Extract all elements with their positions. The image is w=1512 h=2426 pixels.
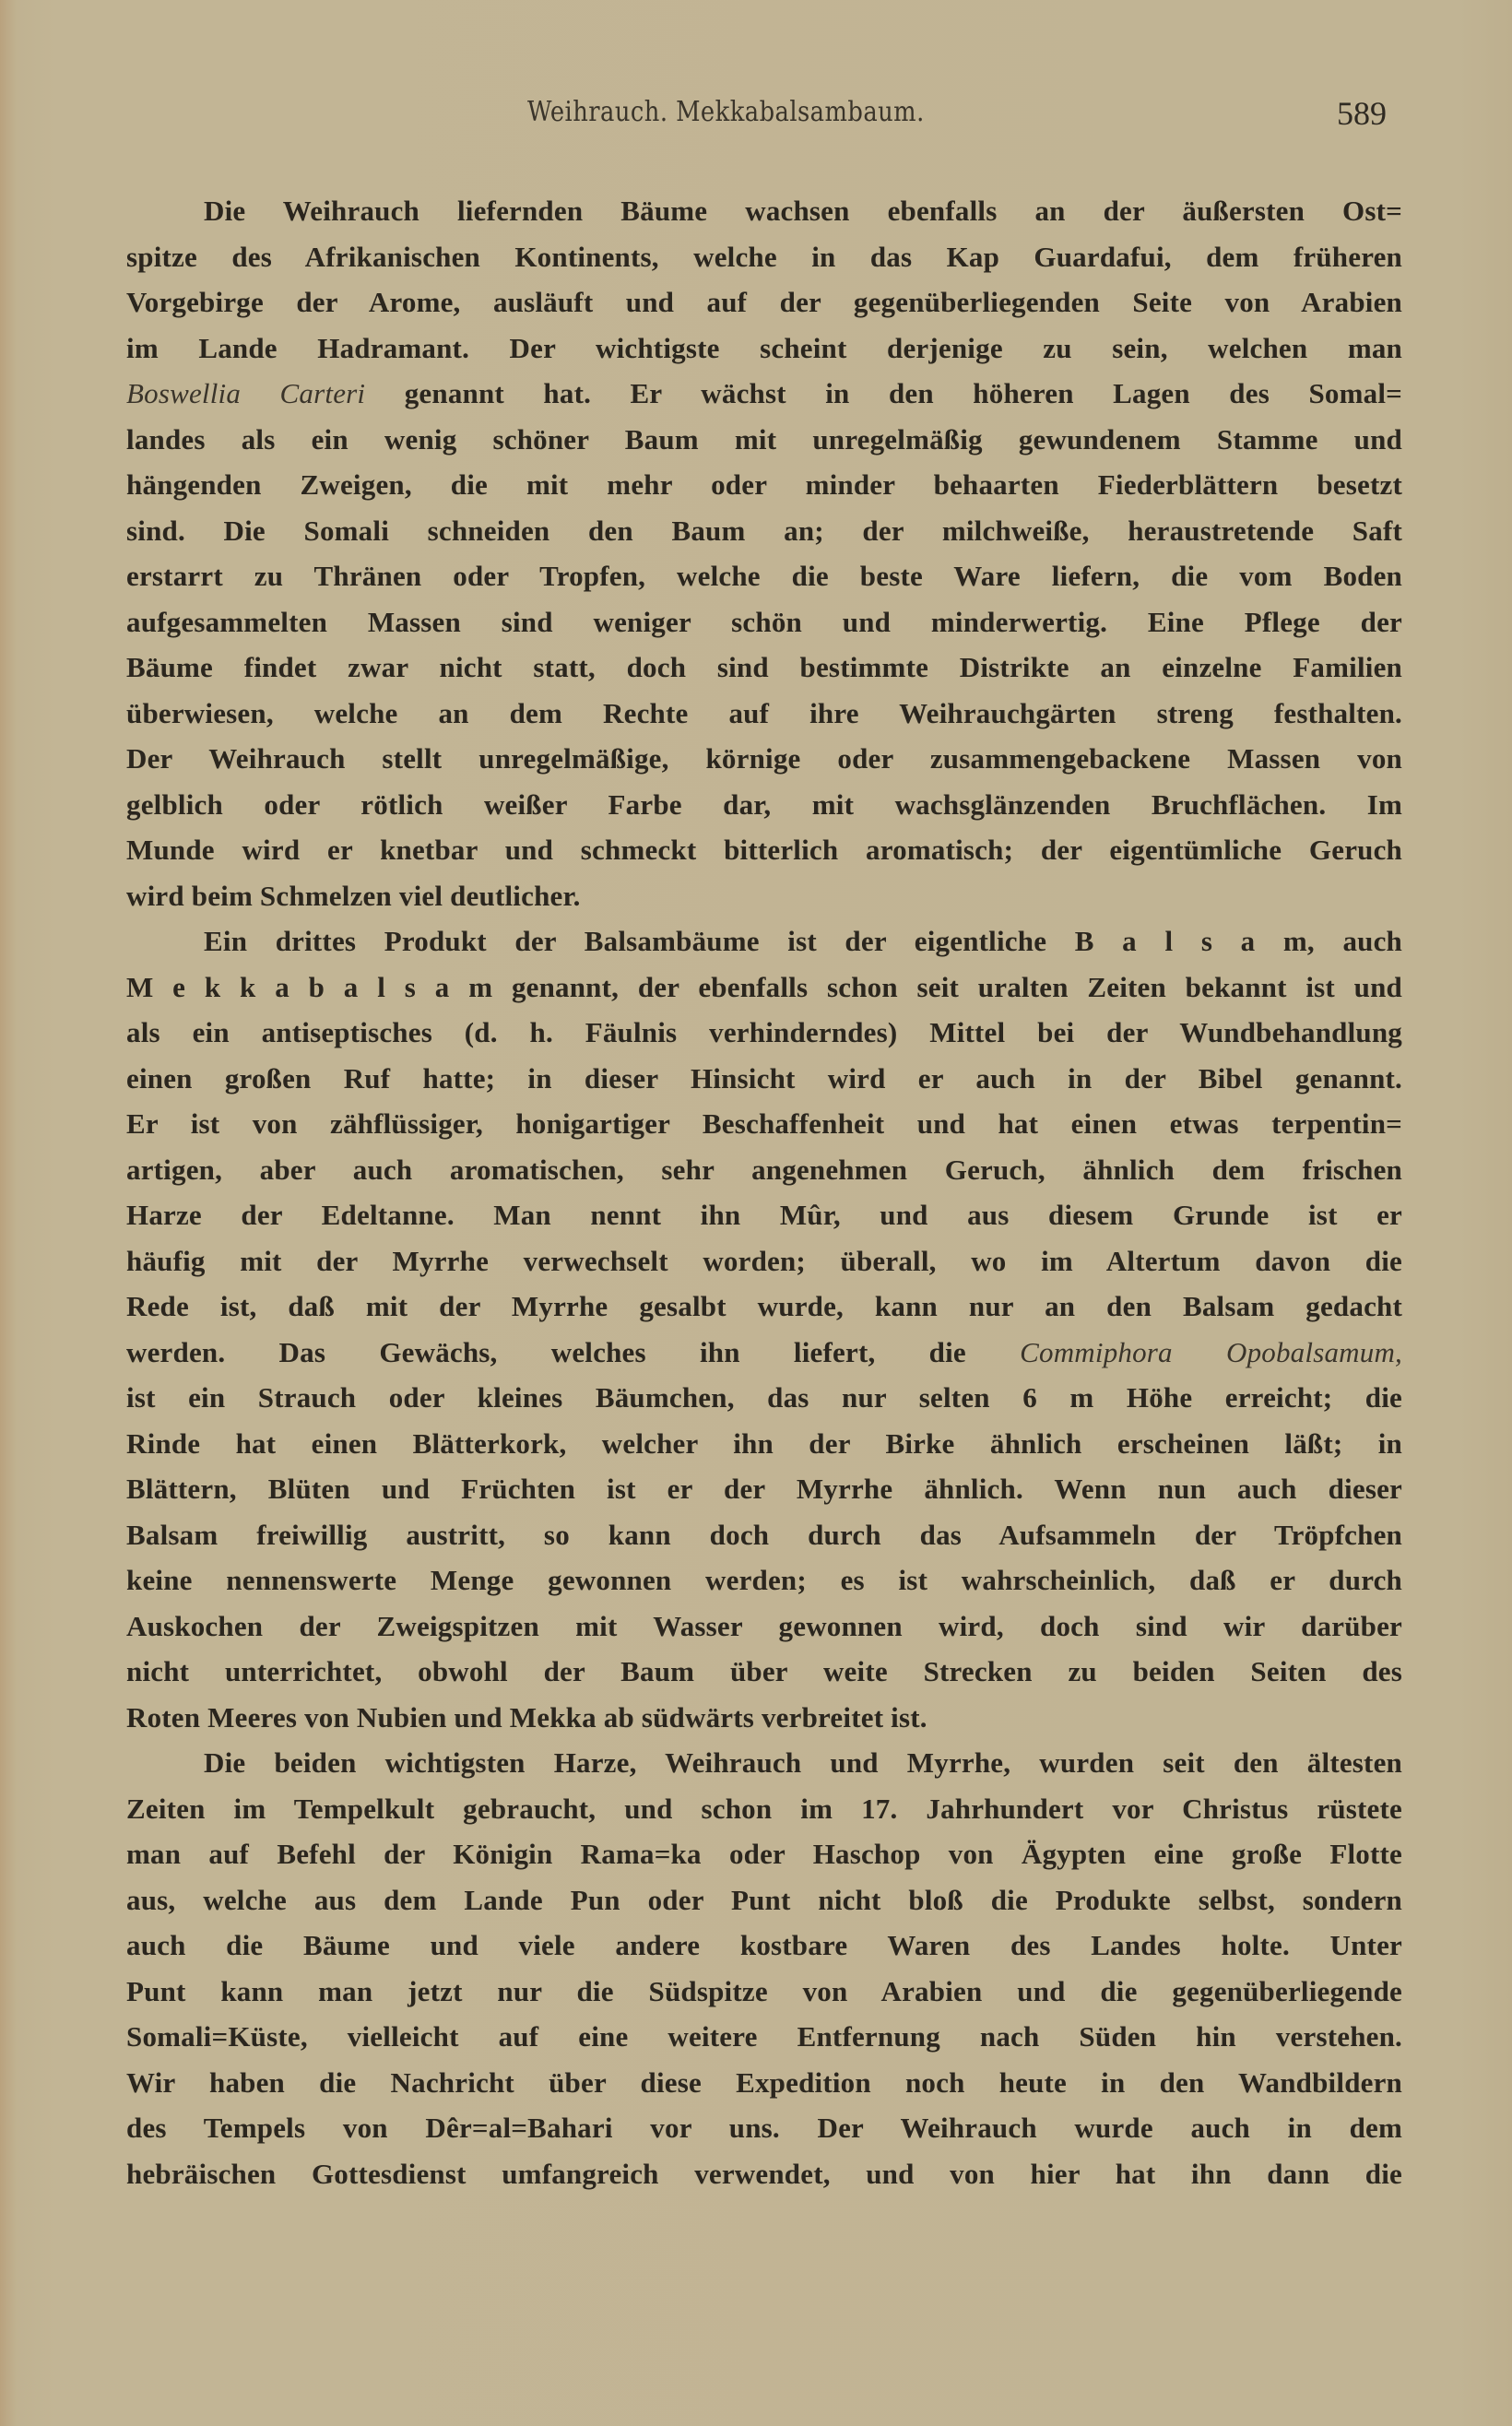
text-line: werden. Das Gewächs, welches ihn liefert… (126, 1330, 1402, 1376)
body-text: Die Weihrauch liefernden Bäume wachsen e… (126, 188, 1402, 2196)
text-line: Rinde hat einen Blätterkork, welcher ihn… (126, 1421, 1402, 1467)
text-line: Wir haben die Nachricht über diese Exped… (126, 2060, 1402, 2106)
line-text: Balsam freiwillig austritt, so kann doch… (126, 1519, 1402, 1551)
text-line: überwiesen, welche an dem Rechte auf ihr… (126, 691, 1402, 737)
text-line: häufig mit der Myrrhe verwechselt worden… (126, 1238, 1402, 1284)
text-line: aus, welche aus dem Lande Pun oder Punt … (126, 1877, 1402, 1923)
line-text: erstarrt zu Thränen oder Tropfen, welche… (126, 560, 1402, 592)
text-line: artigen, aber auch aromatischen, sehr an… (126, 1147, 1402, 1193)
text-line: Zeiten im Tempelkult gebraucht, und scho… (126, 1786, 1402, 1832)
line-text: Harze der Edeltanne. Man nennt ihn Mûr, … (126, 1199, 1402, 1231)
text-line: Somali=Küste, vielleicht auf eine weiter… (126, 2014, 1402, 2060)
line-text: aufgesammelten Massen sind weniger schön… (126, 606, 1402, 638)
text-line: Blättern, Blüten und Früchten ist er der… (126, 1466, 1402, 1512)
text-line: hängenden Zweigen, die mit mehr oder min… (126, 462, 1402, 508)
text-line: als ein antiseptisches (d. h. Fäulnis ve… (126, 1010, 1402, 1056)
text-line: Auskochen der Zweigspitzen mit Wasser ge… (126, 1604, 1402, 1650)
line-text: Ein drittes Produkt der Balsambäume ist … (204, 925, 1402, 957)
text-line: keine nennenswerte Menge gewonnen werden… (126, 1557, 1402, 1604)
text-line: spitze des Afrikanischen Kontinents, wel… (126, 234, 1402, 280)
line-text: genannt hat. Er wächst in den höheren La… (365, 377, 1402, 409)
text-line: gelblich oder rötlich weißer Farbe dar, … (126, 782, 1402, 828)
line-text: wird beim Schmelzen viel deutlicher. (126, 880, 581, 912)
text-line: Vorgebirge der Arome, ausläuft und auf d… (126, 279, 1402, 325)
line-text: M e k k a b a l s a m genannt, der ebenf… (126, 971, 1402, 1003)
line-text: Vorgebirge der Arome, ausläuft und auf d… (126, 286, 1402, 318)
line-text: werden. Das Gewächs, welches ihn liefert… (126, 1336, 1020, 1368)
text-line: Ein drittes Produkt der Balsambäume ist … (126, 918, 1402, 964)
line-text: Rede ist, daß mit der Myrrhe gesalbt wur… (126, 1290, 1402, 1322)
text-line: aufgesammelten Massen sind weniger schön… (126, 599, 1402, 645)
text-line: Harze der Edeltanne. Man nennt ihn Mûr, … (126, 1192, 1402, 1238)
line-text: Er ist von zähflüssiger, honigartiger Be… (126, 1107, 1402, 1140)
line-text: Bäume findet zwar nicht statt, doch sind… (126, 651, 1402, 683)
text-line: Bäume findet zwar nicht statt, doch sind… (126, 645, 1402, 691)
text-line: M e k k a b a l s a m genannt, der ebenf… (126, 964, 1402, 1011)
text-line: nicht unterrichtet, obwohl der Baum über… (126, 1649, 1402, 1695)
line-text: artigen, aber auch aromatischen, sehr an… (126, 1154, 1402, 1186)
text-line: Balsam freiwillig austritt, so kann doch… (126, 1512, 1402, 1558)
line-text: landes als ein wenig schöner Baum mit un… (126, 423, 1402, 456)
line-text: Der Weihrauch stellt unregelmäßige, körn… (126, 742, 1402, 775)
text-line: Er ist von zähflüssiger, honigartiger Be… (126, 1101, 1402, 1147)
page-number: 589 (1337, 94, 1387, 133)
line-text: sind. Die Somali schneiden den Baum an; … (126, 515, 1402, 547)
line-text: Roten Meeres von Nubien und Mekka ab süd… (126, 1701, 927, 1734)
line-text: Blättern, Blüten und Früchten ist er der… (126, 1473, 1402, 1505)
text-line: Roten Meeres von Nubien und Mekka ab süd… (126, 1695, 1402, 1741)
line-text: Die beiden wichtigsten Harze, Weihrauch … (204, 1746, 1402, 1779)
line-text: Rinde hat einen Blätterkork, welcher ihn… (126, 1427, 1402, 1460)
text-line: Munde wird er knetbar und schmeckt bitte… (126, 827, 1402, 873)
text-line: landes als ein wenig schöner Baum mit un… (126, 417, 1402, 463)
line-text: Die Weihrauch liefernden Bäume wachsen e… (204, 195, 1402, 227)
text-line: erstarrt zu Thränen oder Tropfen, welche… (126, 553, 1402, 599)
line-text: gelblich oder rötlich weißer Farbe dar, … (126, 788, 1402, 821)
text-line: des Tempels von Dêr=al=Bahari vor uns. D… (126, 2105, 1402, 2151)
text-line: Die beiden wichtigsten Harze, Weihrauch … (126, 1740, 1402, 1786)
line-text: hängenden Zweigen, die mit mehr oder min… (126, 468, 1402, 501)
line-text: aus, welche aus dem Lande Pun oder Punt … (126, 1884, 1402, 1916)
running-title: Weihrauch. Mekkabalsambaum. (527, 96, 925, 128)
text-line: auch die Bäume und viele andere kostbare… (126, 1923, 1402, 1969)
text-line: Der Weihrauch stellt unregelmäßige, körn… (126, 736, 1402, 782)
text-line: sind. Die Somali schneiden den Baum an; … (126, 508, 1402, 554)
text-line: einen großen Ruf hatte; in dieser Hinsic… (126, 1056, 1402, 1102)
line-text: Punt kann man jetzt nur die Südspitze vo… (126, 1975, 1402, 2007)
line-text: spitze des Afrikanischen Kontinents, wel… (126, 241, 1402, 273)
page-header: Weihrauch. Mekkabalsambaum. 589 (0, 96, 1512, 142)
text-line: Boswellia Carteri genannt hat. Er wächst… (126, 371, 1402, 417)
text-line: ist ein Strauch oder kleines Bäumchen, d… (126, 1375, 1402, 1421)
line-text: Munde wird er knetbar und schmeckt bitte… (126, 834, 1402, 866)
text-line: im Lande Hadramant. Der wichtigste schei… (126, 325, 1402, 372)
line-text: Auskochen der Zweigspitzen mit Wasser ge… (126, 1610, 1402, 1642)
text-line: wird beim Schmelzen viel deutlicher. (126, 873, 1402, 919)
italic-species-name: Boswellia Carteri (126, 377, 365, 409)
line-text: Somali=Küste, vielleicht auf eine weiter… (126, 2020, 1402, 2053)
text-line: Die Weihrauch liefernden Bäume wachsen e… (126, 188, 1402, 234)
text-line: Rede ist, daß mit der Myrrhe gesalbt wur… (126, 1284, 1402, 1330)
line-text: ist ein Strauch oder kleines Bäumchen, d… (126, 1381, 1402, 1414)
book-page: Weihrauch. Mekkabalsambaum. 589 Die Weih… (0, 0, 1512, 2426)
text-line: Punt kann man jetzt nur die Südspitze vo… (126, 1969, 1402, 2015)
line-text: als ein antiseptisches (d. h. Fäulnis ve… (126, 1016, 1402, 1048)
line-text: nicht unterrichtet, obwohl der Baum über… (126, 1655, 1402, 1687)
line-text: man auf Befehl der Königin Rama=ka oder … (126, 1838, 1402, 1870)
line-text: überwiesen, welche an dem Rechte auf ihr… (126, 697, 1402, 729)
line-text: hebräischen Gottesdienst umfangreich ver… (126, 2158, 1402, 2190)
line-text: keine nennenswerte Menge gewonnen werden… (126, 1564, 1402, 1596)
line-text: einen großen Ruf hatte; in dieser Hinsic… (126, 1062, 1402, 1095)
line-text: Wir haben die Nachricht über diese Exped… (126, 2066, 1402, 2099)
line-text: des Tempels von Dêr=al=Bahari vor uns. D… (126, 2112, 1402, 2144)
line-text: Zeiten im Tempelkult gebraucht, und scho… (126, 1793, 1402, 1825)
text-line: hebräischen Gottesdienst umfangreich ver… (126, 2151, 1402, 2197)
line-text: im Lande Hadramant. Der wichtigste schei… (126, 332, 1402, 364)
line-text: häufig mit der Myrrhe verwechselt worden… (126, 1245, 1402, 1277)
line-text: auch die Bäume und viele andere kostbare… (126, 1929, 1402, 1961)
italic-species-name: Commiphora Opobalsamum, (1020, 1336, 1402, 1368)
text-line: man auf Befehl der Königin Rama=ka oder … (126, 1831, 1402, 1877)
